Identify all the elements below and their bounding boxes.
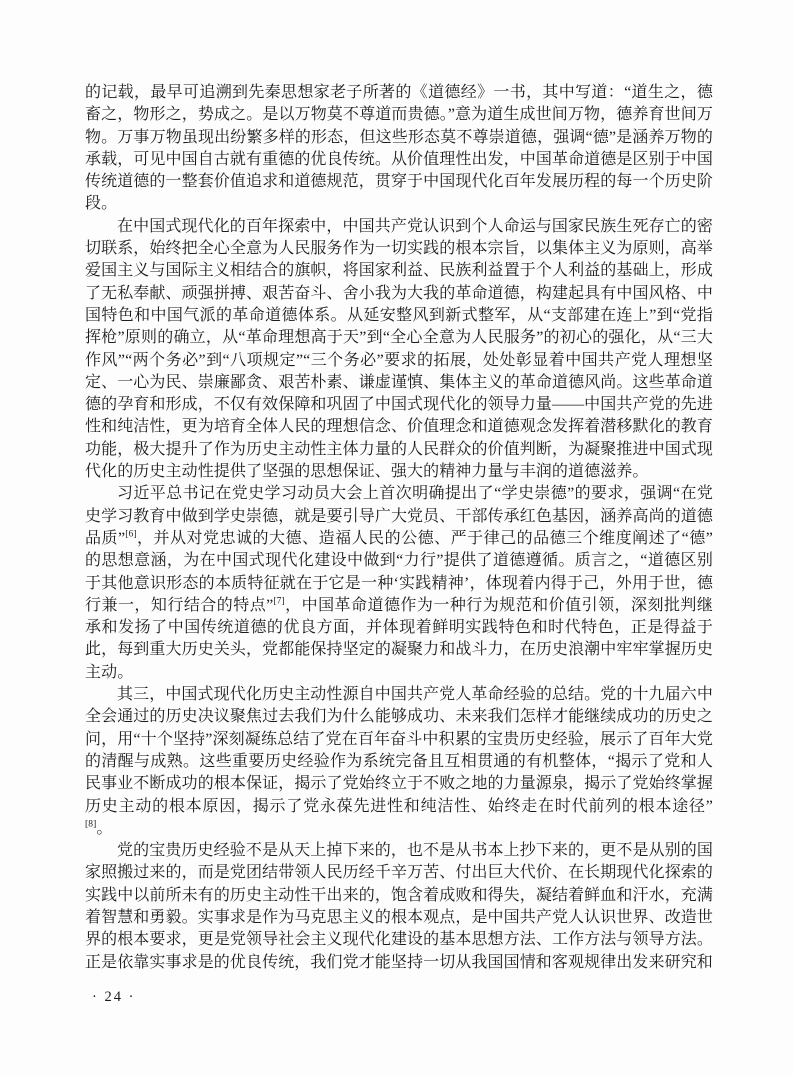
text-run: 。 — [96, 820, 112, 837]
text-run: 党的宝贵历史经验不是从天上掉下来的，也不是从书本上抄下来的，更不是从别的国家照搬… — [85, 842, 713, 970]
paragraph: 其三，中国式现代化历史主动性源自中国共产党人革命经验的总结。党的十九届六中全会通… — [85, 684, 713, 840]
page-number: · 24 · — [92, 989, 135, 1006]
footnote-marker: [6] — [125, 530, 136, 540]
body-text: 的记载，最早可追溯到先秦思想家老子所著的《道德经》一书，其中写道：“道生之，德畜… — [85, 82, 713, 974]
document-page: 的记载，最早可追溯到先秦思想家老子所著的《道德经》一书，其中写道：“道生之，德畜… — [0, 0, 793, 1077]
paragraph: 的记载，最早可追溯到先秦思想家老子所著的《道德经》一书，其中写道：“道生之，德畜… — [85, 82, 713, 216]
paragraph: 在中国式现代化的百年探索中，中国共产党认识到个人命运与国家民族生死存亡的密切联系… — [85, 216, 713, 484]
footnote-marker: [8] — [85, 819, 96, 829]
footnote-marker: [7] — [273, 597, 284, 607]
text-run: 其三，中国式现代化历史主动性源自中国共产党人革命经验的总结。党的十九届六中全会通… — [85, 686, 713, 814]
paragraph: 习近平总书记在党史学习动员大会上首次明确提出了“学史崇德”的要求，强调“在党史学… — [85, 483, 713, 684]
text-run: 的记载，最早可追溯到先秦思想家老子所著的《道德经》一书，其中写道：“道生之，德畜… — [85, 84, 713, 212]
paragraph: 党的宝贵历史经验不是从天上掉下来的，也不是从书本上抄下来的，更不是从别的国家照搬… — [85, 840, 713, 974]
text-run: 在中国式现代化的百年探索中，中国共产党认识到个人命运与国家民族生死存亡的密切联系… — [85, 218, 713, 480]
